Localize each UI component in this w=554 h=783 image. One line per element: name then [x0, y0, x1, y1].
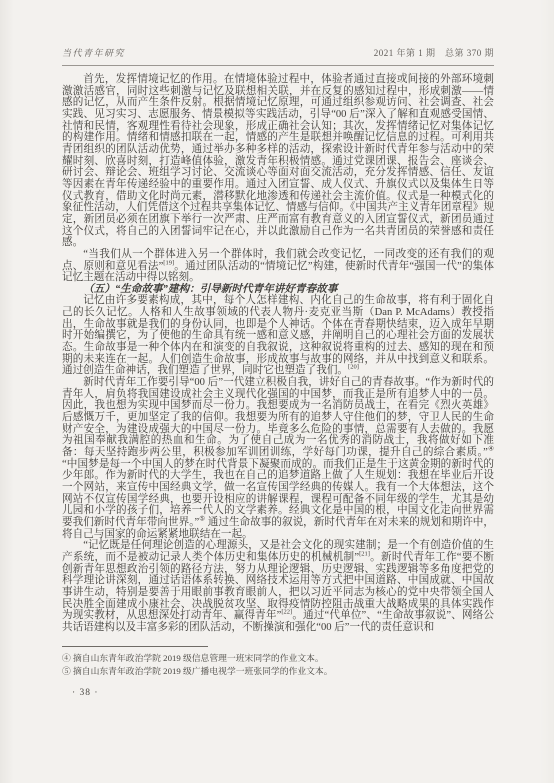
- citation-superscript: [21]: [359, 550, 370, 557]
- citation-superscript: ⑤: [199, 515, 205, 522]
- citation-superscript: [19]: [163, 259, 174, 266]
- article-body: 首先，发挥情境记忆的作用。在情境体验过程中，体验者通过直接或间接的外部环境刺激激…: [62, 74, 494, 634]
- paragraph: 记忆由许多要素构成，其中，每个人怎样建构、内化自己的生命故事，将有利于固化自己的…: [62, 295, 494, 377]
- section-heading: （五）“生命故事”建构：引导新时代青年讲好青春故事: [62, 284, 494, 296]
- page-number: · 38 ·: [62, 688, 494, 698]
- paragraph: “当我们从一个群体进入另一个群体时，我们就会改变记忆，一同改变的还有我们的观点、…: [62, 249, 494, 284]
- footnote: ④ 摘自山东青年政治学院 2019 级信息管理一班宋同学的作业文本。: [62, 652, 494, 666]
- citation-superscript: [20]: [348, 364, 359, 371]
- footnotes: ④ 摘自山东青年政治学院 2019 级信息管理一班宋同学的作业文本。 ⑤ 摘自山…: [62, 652, 494, 679]
- paragraph: “记忆既是任何理论创造的心理源头，又是社会文化的现实建制；是一个有创造价值的生产…: [62, 540, 494, 633]
- footnote: ⑤ 摘自山东青年政治学院 2019 级广播电视学一班张同学的作业文本。: [62, 665, 494, 679]
- issue-info: 2021 年第 1 期 总第 370 期: [374, 46, 494, 59]
- citation-superscript: ④: [488, 445, 494, 452]
- footnote-separator: [62, 646, 208, 647]
- page-header: 当代青年研究 2021 年第 1 期 总第 370 期: [62, 46, 494, 66]
- journal-title: 当代青年研究: [62, 46, 125, 59]
- scanned-journal-page: 当代青年研究 2021 年第 1 期 总第 370 期 首先，发挥情境记忆的作用…: [0, 0, 554, 783]
- paragraph: 新时代青年工作要引导“00 后”一代建立积极自我，讲好自己的青春故事。“作为新时…: [62, 377, 494, 540]
- paragraph: 首先，发挥情境记忆的作用。在情境体验过程中，体验者通过直接或间接的外部环境刺激激…: [62, 74, 494, 249]
- citation-superscript: [22]: [281, 609, 292, 616]
